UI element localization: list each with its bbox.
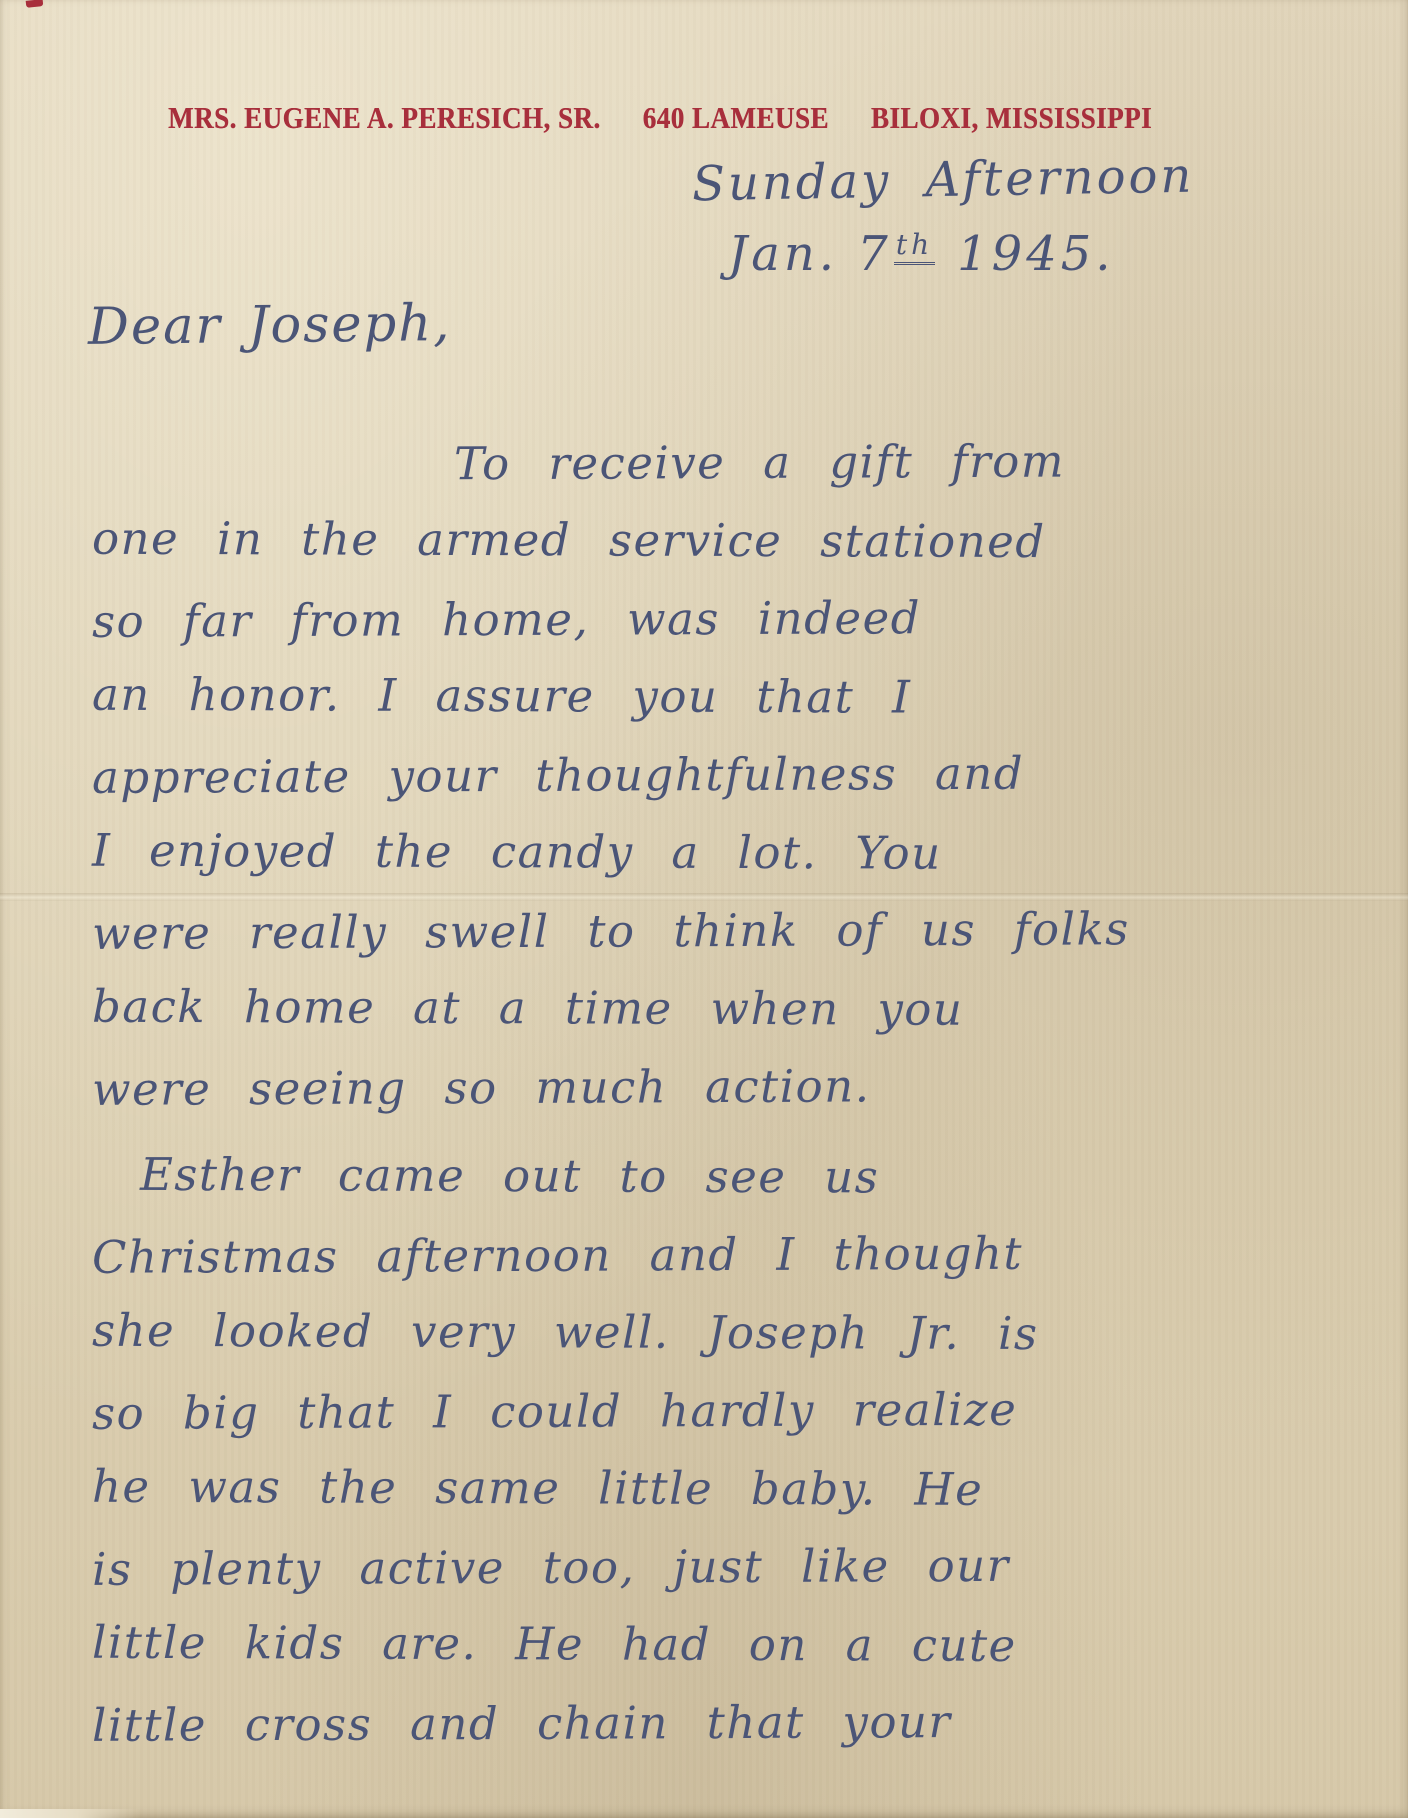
- date-line: Jan. 7th1945.: [728, 226, 1115, 282]
- date-year: 1945.: [957, 226, 1114, 282]
- handwritten-line: so far from home, was indeed: [92, 577, 1392, 661]
- letter-paper: MRS. EUGENE A. PERESICH, SR. 640 LAMEUSE…: [0, 0, 1408, 1818]
- salutation: Dear Joseph,: [88, 294, 452, 357]
- handwritten-line: she looked very well. Joseph Jr. is: [92, 1292, 1392, 1375]
- letterhead-name: MRS. EUGENE A. PERESICH, SR.: [168, 101, 601, 136]
- handwritten-line: were really swell to think of us folks: [92, 889, 1392, 973]
- handwritten-line: so big that I could hardly realize: [92, 1369, 1392, 1453]
- handwritten-line: back home at a time when you: [92, 968, 1392, 1051]
- paper-bottom-edge: [0, 1809, 140, 1818]
- handwritten-line: he was the same little baby. He: [92, 1448, 1392, 1531]
- letterhead-street: 640 LAMEUSE: [643, 101, 829, 136]
- handwritten-line: I enjoyed the candy a lot. You: [92, 812, 1392, 895]
- handwritten-line: one in the armed service stationed: [92, 500, 1392, 583]
- handwritten-line: an honor. I assure you that I: [92, 656, 1392, 739]
- handwritten-line: To receive a gift from: [92, 421, 1392, 505]
- handwritten-line: little kids are. He had on a cute: [92, 1604, 1392, 1687]
- date-ordinal: th: [894, 228, 935, 265]
- handwritten-line: were seeing so much action.: [92, 1045, 1392, 1129]
- handwritten-line: little cross and chain that your: [92, 1681, 1392, 1765]
- red-ink-mark: [26, 0, 44, 8]
- letterhead-city: BILOXI, MISSISSIPPI: [871, 101, 1152, 136]
- handwritten-line: Christmas afternoon and I thought: [92, 1213, 1392, 1297]
- letterhead: MRS. EUGENE A. PERESICH, SR. 640 LAMEUSE…: [168, 101, 1152, 136]
- date-day-line: Sunday Afternoon: [692, 148, 1195, 213]
- handwritten-line: Esther came out to see us: [92, 1136, 1392, 1219]
- date-prefix: Jan. 7: [728, 226, 892, 282]
- handwritten-line: appreciate your thoughtfulness and: [92, 733, 1392, 817]
- handwritten-line: is plenty active too, just like our: [92, 1525, 1392, 1609]
- letter-body: To receive a gift from one in the armed …: [92, 424, 1392, 1762]
